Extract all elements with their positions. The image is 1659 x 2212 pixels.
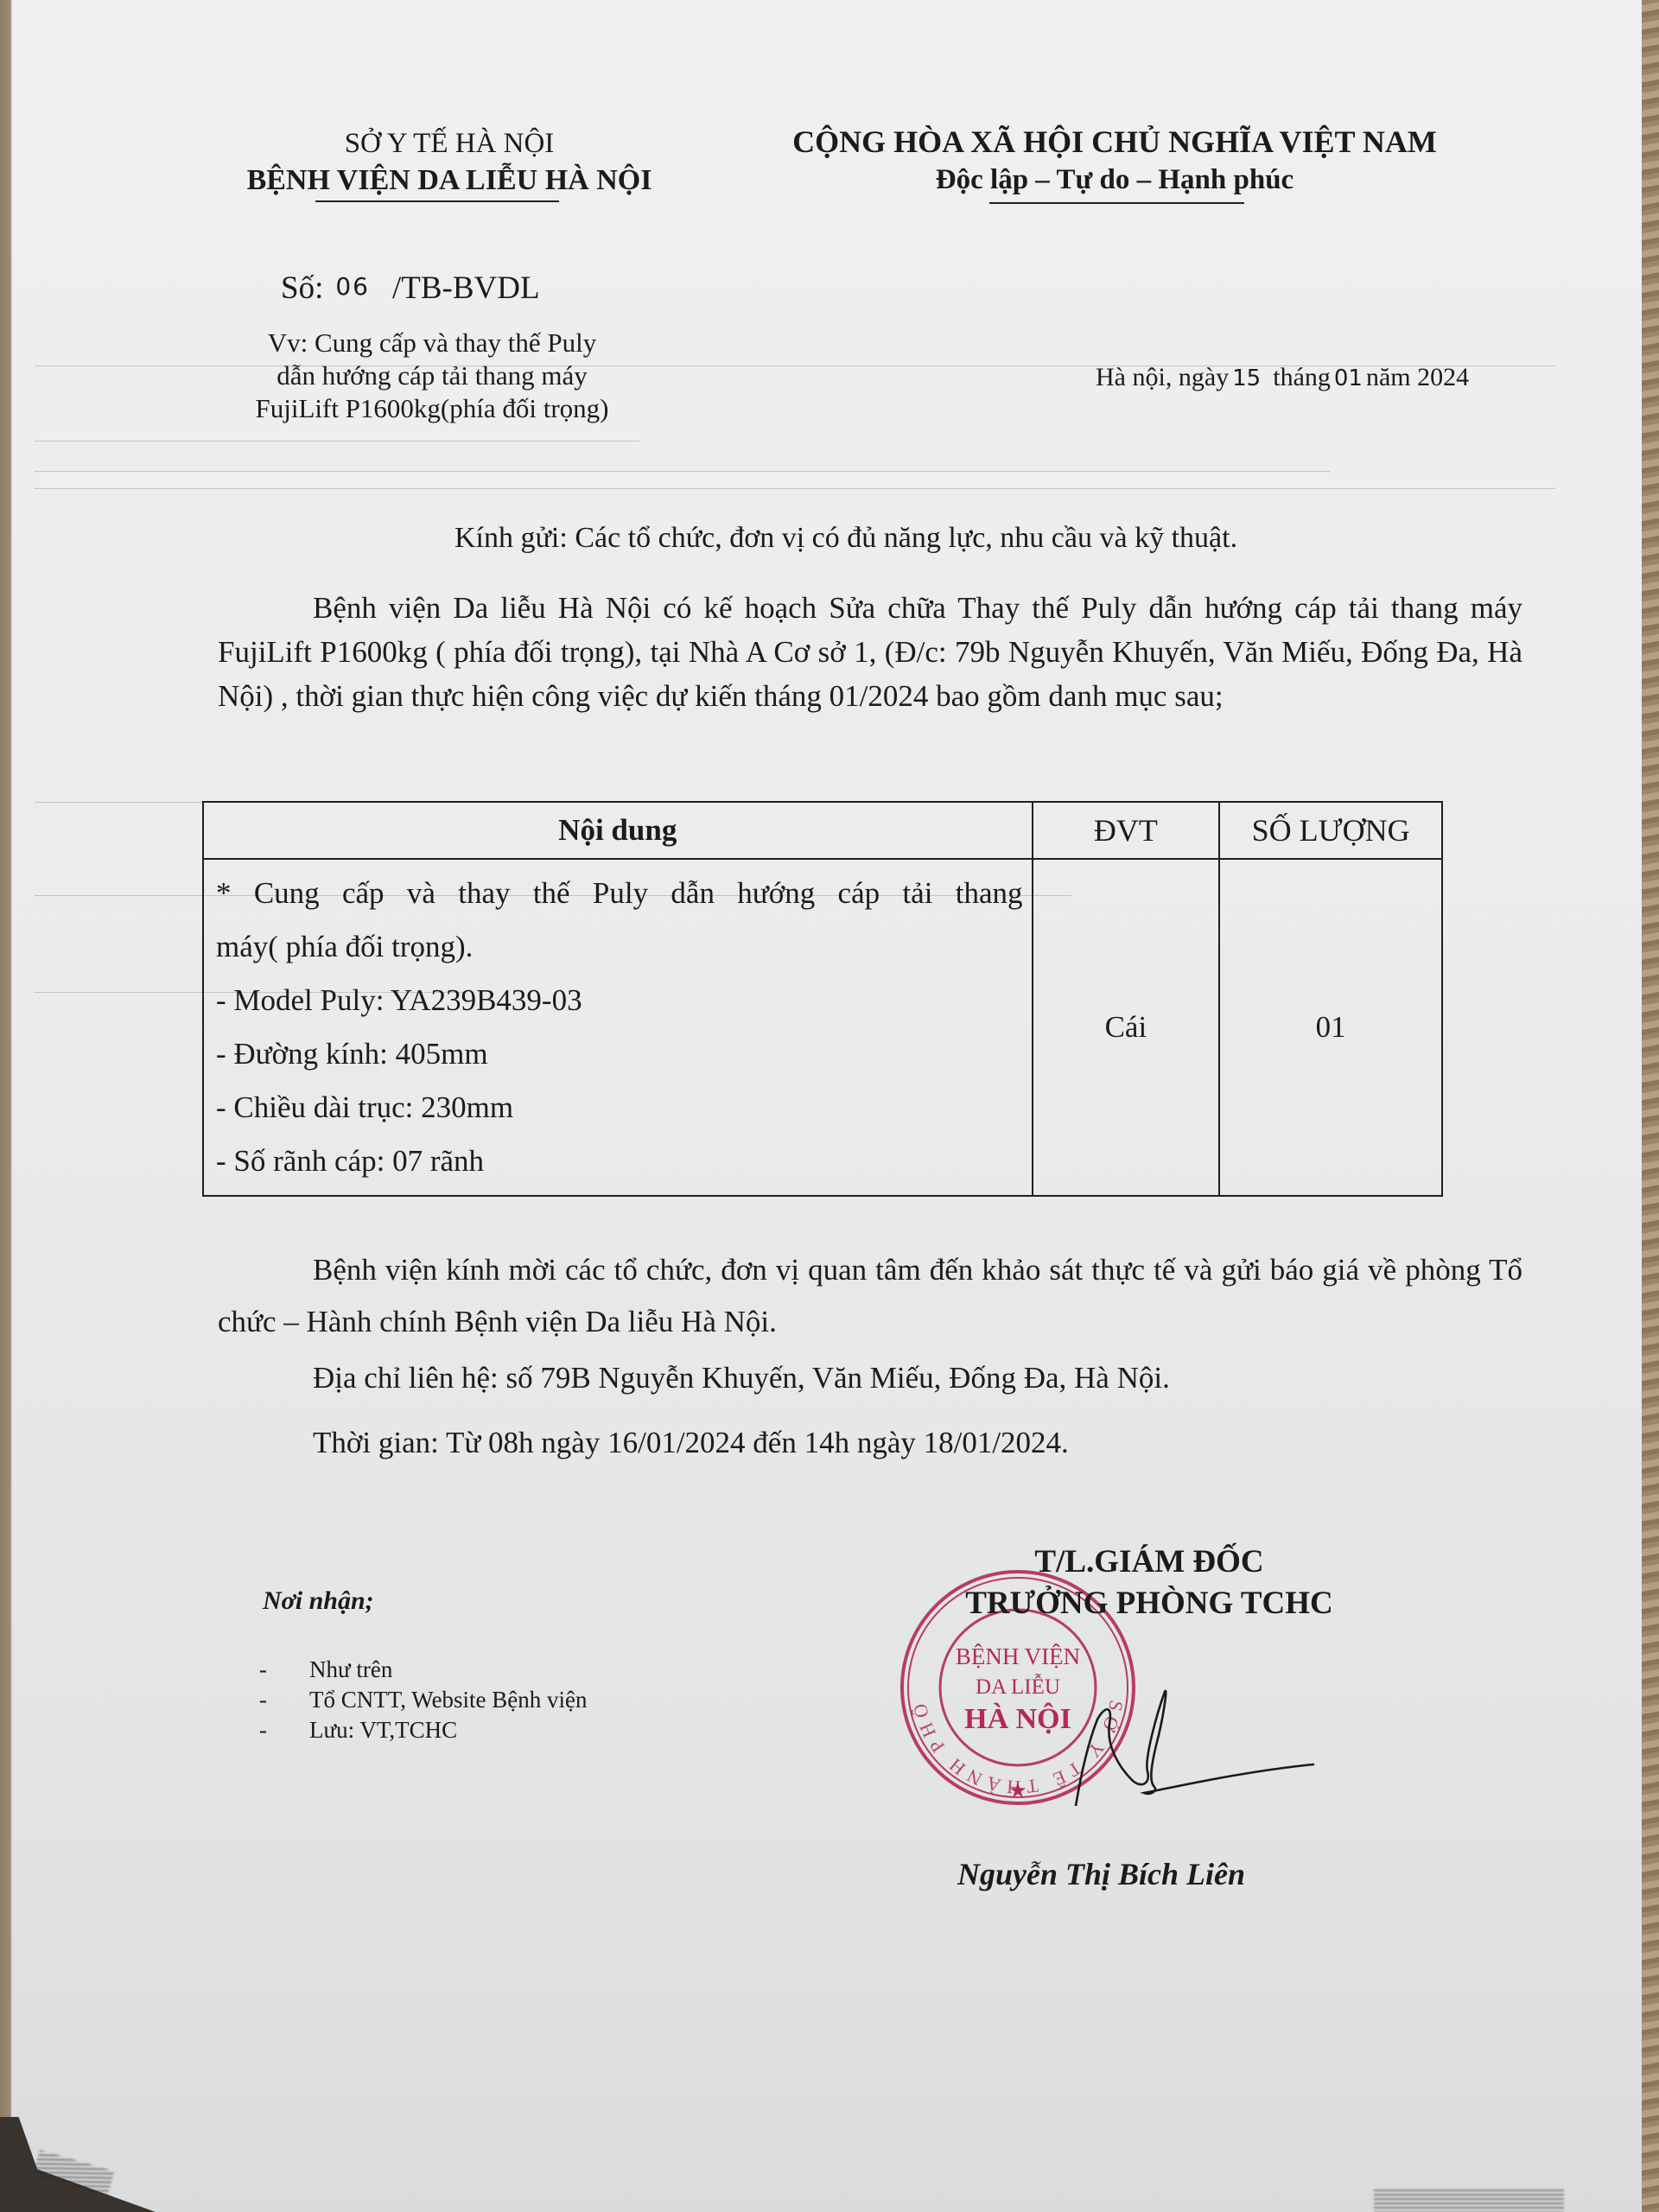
stamp-line2: DA LIỄU — [976, 1673, 1060, 1699]
intro-paragraph: Bệnh viện Da liễu Hà Nội có kế hoạch Sửa… — [218, 586, 1522, 718]
star-icon: ★ — [1008, 1780, 1027, 1802]
nation-motto: Độc lập – Tự do – Hạnh phúc — [760, 161, 1469, 199]
invitation-text: Bệnh viện kính mời các tổ chức, đơn vị q… — [218, 1253, 1522, 1338]
item-line: máy( phía đối trọng). — [216, 920, 1023, 974]
scan-line — [35, 441, 639, 442]
item-line: - Model Puly: YA239B439-03 — [216, 974, 1023, 1027]
authority-name: SỞ Y TẾ HÀ NỘI — [216, 125, 683, 162]
item-line: * Cung cấp và thay thế Puly dẫn hướng cá… — [216, 867, 1023, 920]
doc-number-handwritten: 06 — [335, 272, 370, 301]
date-day-handwritten: 15 — [1232, 365, 1261, 391]
handwritten-signature — [1071, 1685, 1331, 1806]
toner-smudge — [1374, 2190, 1564, 2212]
item-quantity-cell: 01 — [1219, 859, 1442, 1196]
invitation-paragraph: Bệnh viện kính mời các tổ chức, đơn vị q… — [218, 1244, 1522, 1348]
items-table: Nội dung ĐVT SỐ LƯỢNG * Cung cấp và thay… — [202, 801, 1443, 1197]
recipient-item: -Tổ CNTT, Website Bệnh viện — [259, 1685, 588, 1715]
recipients-list: -Như trên -Tổ CNTT, Website Bệnh viện -L… — [259, 1655, 588, 1745]
date-prefix: Hà nội, ngày — [1096, 363, 1229, 391]
column-header-content: Nội dung — [203, 802, 1033, 859]
doc-number-label: Số: — [281, 270, 323, 306]
column-header-quantity: SỐ LƯỢNG — [1219, 802, 1442, 859]
contact-address: Địa chỉ liên hệ: số 79B Nguyễn Khuyến, V… — [313, 1352, 1618, 1404]
desk-surface-right — [1642, 0, 1659, 2212]
signature-title-line1: T/L.GIÁM ĐỐC — [907, 1541, 1391, 1583]
item-line: - Chiều dài trục: 230mm — [216, 1081, 1023, 1135]
item-content-cell: * Cung cấp và thay thế Puly dẫn hướng cá… — [203, 859, 1033, 1196]
recipient-item: -Lưu: VT,TCHC — [259, 1715, 588, 1745]
header-right-underline — [989, 202, 1244, 204]
salutation: Kính gửi: Các tổ chức, đơn vị có đủ năng… — [454, 522, 1237, 555]
scan-line — [35, 488, 1555, 489]
date-line: Hà nội, ngày15tháng01năm 2024 — [1096, 363, 1469, 392]
item-unit-cell: Cái — [1033, 859, 1220, 1196]
signer-name: Nguyễn Thị Bích Liên — [957, 1856, 1245, 1892]
date-month-handwritten: 01 — [1334, 365, 1363, 391]
scan-line — [35, 471, 1331, 472]
item-line: - Đường kính: 405mm — [216, 1027, 1023, 1081]
signature-title-line2: TRƯỞNG PHÒNG TCHC — [907, 1583, 1391, 1624]
nation-title: CỘNG HÒA XÃ HỘI CHỦ NGHĨA VIỆT NAM — [760, 123, 1469, 161]
table-row: * Cung cấp và thay thế Puly dẫn hướng cá… — [203, 859, 1442, 1196]
document-number: Số:06/TB-BVDL — [281, 270, 540, 307]
time-window: Thời gian: Từ 08h ngày 16/01/2024 đến 14… — [313, 1417, 1618, 1469]
table-header-row: Nội dung ĐVT SỐ LƯỢNG — [203, 802, 1442, 859]
date-year: năm 2024 — [1366, 363, 1469, 391]
recipient-text: Tổ CNTT, Website Bệnh viện — [309, 1687, 588, 1713]
recipient-text: Lưu: VT,TCHC — [309, 1717, 457, 1743]
subject-line: Vv: Cung cấp và thay thế Puly — [216, 327, 648, 359]
recipient-item: -Như trên — [259, 1655, 588, 1685]
header-left: SỞ Y TẾ HÀ NỘI BỆNH VIỆN DA LIỄU HÀ NỘI — [216, 125, 683, 200]
subject-line: FujiLift P1600kg(phía đối trọng) — [216, 392, 648, 425]
column-header-unit: ĐVT — [1033, 802, 1220, 859]
header-right: CỘNG HÒA XÃ HỘI CHỦ NGHĨA VIỆT NAM Độc l… — [760, 123, 1469, 199]
organization-name: BỆNH VIỆN DA LIỄU HÀ NỘI — [216, 162, 683, 200]
subject-block: Vv: Cung cấp và thay thế Puly dẫn hướng … — [216, 327, 648, 425]
item-line: - Số rãnh cáp: 07 rãnh — [216, 1135, 1023, 1188]
subject-line: dẫn hướng cáp tải thang máy — [216, 359, 648, 392]
date-month-label: tháng — [1273, 363, 1331, 391]
header-left-underline — [315, 200, 559, 202]
stamp-line1: BỆNH VIỆN — [956, 1643, 1080, 1669]
stamp-line3: HÀ NỘI — [964, 1702, 1071, 1735]
intro-text: Bệnh viện Da liễu Hà Nội có kế hoạch Sửa… — [218, 591, 1522, 713]
recipient-text: Như trên — [309, 1656, 392, 1682]
signature-title: T/L.GIÁM ĐỐC TRƯỞNG PHÒNG TCHC — [907, 1541, 1391, 1624]
recipients-title: Nơi nhận; — [263, 1586, 374, 1616]
doc-number-suffix: /TB-BVDL — [392, 270, 540, 306]
